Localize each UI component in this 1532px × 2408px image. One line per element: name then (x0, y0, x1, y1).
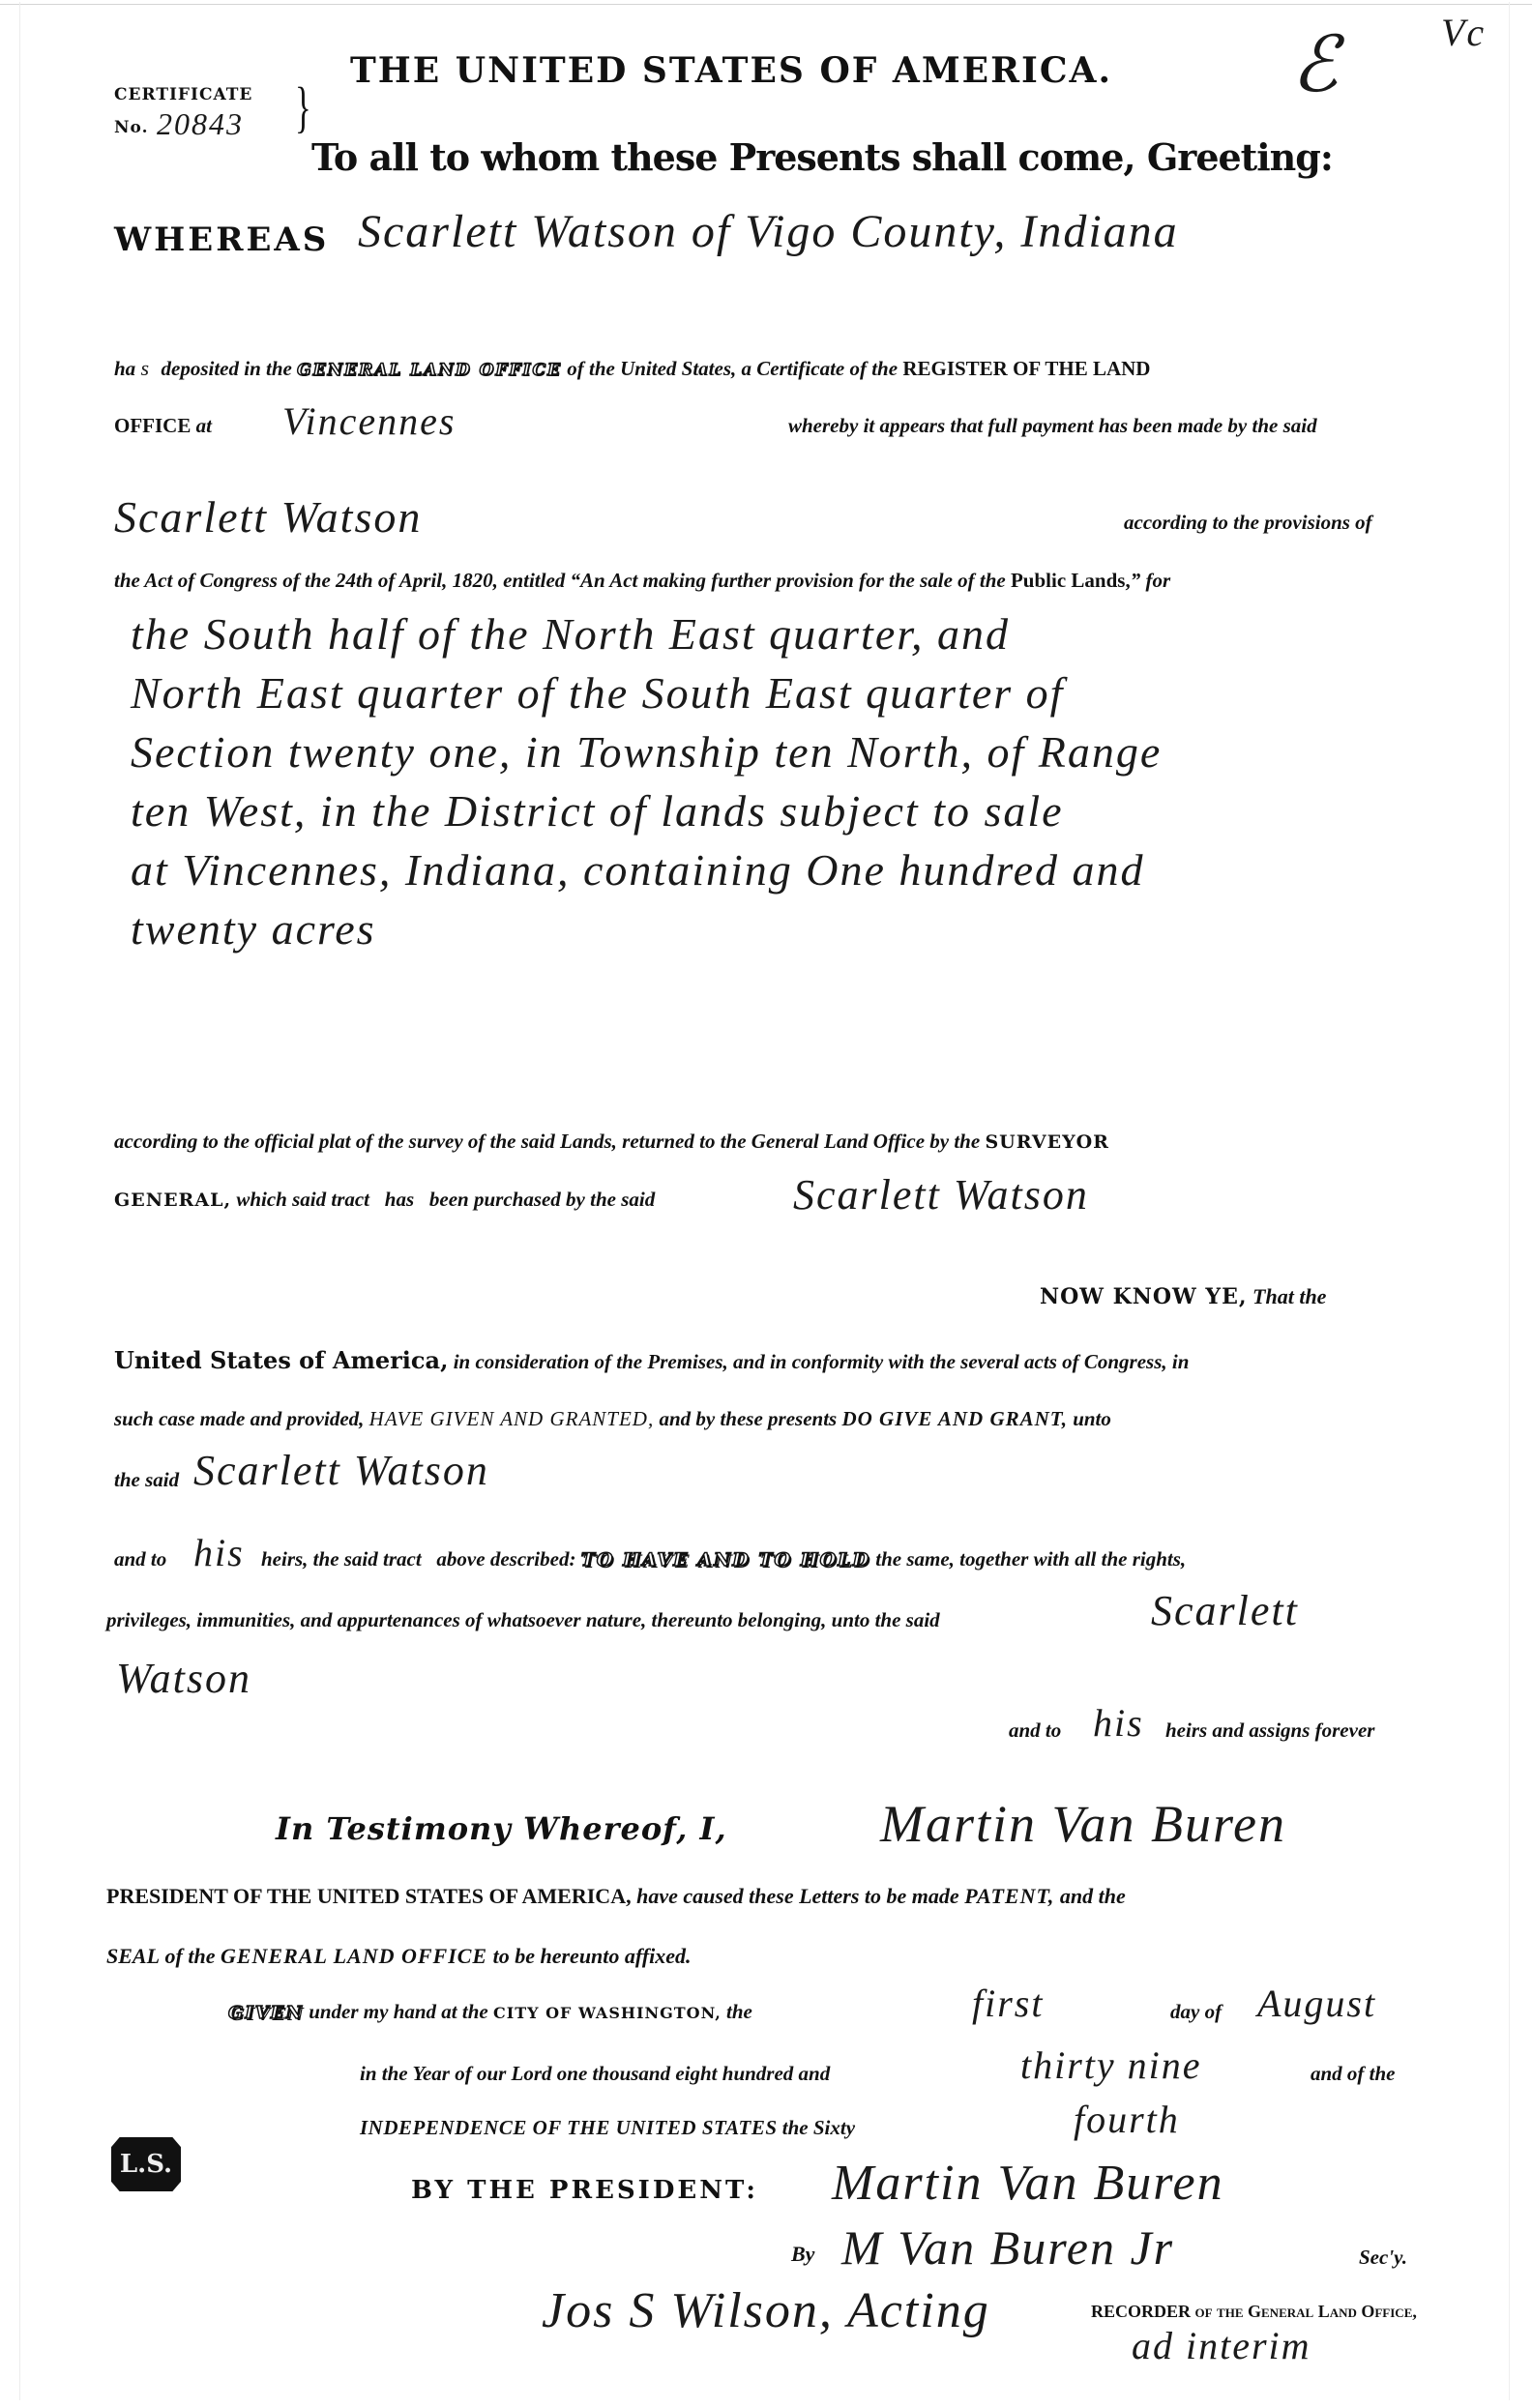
independence-line: INDEPENDENCE OF THE UNITED STATES the Si… (360, 2116, 855, 2140)
land-description-line: North East quarter of the South East qua… (131, 663, 1162, 722)
act-line: the Act of Congress of the 24th of April… (114, 569, 1170, 593)
year-text: in the Year of our Lord one thousand eig… (360, 2062, 830, 2086)
text: of the United States, a Certificate of t… (567, 357, 898, 380)
land-description-line: at Vincennes, Indiana, containing One hu… (131, 840, 1162, 899)
deposit-line-2: OFFICE at (114, 414, 212, 438)
ad-interim-handwritten: ad interim (1132, 2323, 1311, 2368)
ls-seal: L.S. (111, 2137, 181, 2191)
given-line-1: GIVEN under my hand at the CITY OF WASHI… (228, 2000, 752, 2024)
to-have-and-to-hold-label: TO HAVE AND TO HOLD (581, 1549, 870, 1571)
greeting: To all to whom these Presents shall come… (311, 135, 1333, 179)
president-signature: Martin Van Buren (880, 1794, 1286, 1854)
city-label: CITY OF WASHINGTON, (493, 2004, 722, 2022)
text: the Sixty (782, 2116, 855, 2139)
land-description-line: the South half of the North East quarter… (131, 604, 1162, 663)
scan-edge-line (19, 2, 20, 2400)
and-to-label: and to (114, 1547, 166, 1571)
land-description-line: twenty acres (131, 899, 1162, 958)
testimony-line-1: PRESIDENT OF THE UNITED STATES OF AMERIC… (106, 1884, 1126, 1909)
public-lands-label: Public Lands, (1011, 569, 1131, 592)
text: been purchased by the said (429, 1188, 655, 1211)
corner-mark: ℰ (1291, 19, 1340, 110)
pronoun-handwritten: his (1093, 1700, 1144, 1746)
usa-label: United States of America, (114, 1346, 448, 1374)
independence-year-value: fourth (1074, 2097, 1180, 2142)
text: the (726, 2000, 752, 2023)
text: in consideration of the Premises, and in… (454, 1350, 1190, 1373)
now-know-ye-label: NOW KNOW YE, (1040, 1284, 1248, 1309)
text: at (196, 414, 212, 437)
text-ha: ha (114, 357, 135, 380)
year-value: thirty nine (1020, 2042, 1202, 2088)
certificate-number: 20843 (157, 106, 244, 142)
and-to-label: and to (1009, 1718, 1061, 1743)
office-label: OFFICE (114, 414, 191, 437)
habendum-line: heirs, the said tract above described: T… (261, 1547, 1186, 1571)
the-said-label: the said (114, 1468, 179, 1492)
and-of-the-text: and of the (1311, 2062, 1396, 2086)
month-value: August (1257, 1981, 1376, 2026)
recorder-title: RECORDER of the General Land Office, (1091, 2302, 1417, 2322)
text: the same, together with all the rights, (875, 1547, 1186, 1571)
recorder-signature: Jos S Wilson, Acting (542, 2282, 990, 2339)
president-title: PRESIDENT OF THE UNITED STATES OF AMERIC… (106, 1884, 632, 1908)
handwritten-s: s (140, 356, 151, 380)
now-know-ye-line: NOW KNOW YE, That the (1040, 1284, 1326, 1309)
land-office-place: Vincennes (282, 398, 456, 444)
text: and by these presents (659, 1407, 837, 1430)
general-land-office-label: GENERAL LAND OFFICE (221, 1944, 487, 1968)
text: have caused these Letters to be made (636, 1884, 959, 1908)
survey-line-2: GENERAL, which said tract has been purch… (114, 1188, 655, 1212)
grant-line-1: United States of America, in considerati… (114, 1346, 1189, 1374)
testimony-line-2: SEAL of the GENERAL LAND OFFICE to be he… (106, 1944, 692, 1969)
day-of-label: day of (1170, 2000, 1222, 2024)
purchaser-name: Scarlett Watson (793, 1170, 1089, 1219)
land-description-line: Section twenty one, in Township ten Nort… (131, 722, 1162, 781)
brace-icon: } (295, 79, 311, 135)
certificate-number-label: No. (114, 118, 149, 137)
text: heirs, the said tract above described: (261, 1547, 575, 1571)
survey-line-1: according to the official plat of the su… (114, 1130, 1109, 1154)
grantee-name-part2: Watson (116, 1654, 251, 1703)
do-give-label: DO GIVE AND GRANT, (841, 1407, 1068, 1430)
grantee-name: Scarlett Watson (193, 1446, 489, 1495)
scan-edge-line (0, 4, 1532, 5)
text: has (385, 1188, 414, 1211)
heirs-assigns-text: heirs and assigns forever (1165, 1718, 1374, 1743)
privileges-text: privileges, immunities, and appurtenance… (106, 1608, 940, 1632)
grantee-handwritten: Scarlett Watson of Vigo County, Indiana (358, 205, 1179, 258)
grantee-name-part1: Scarlett (1151, 1586, 1299, 1635)
text: ” for (1131, 569, 1170, 592)
register-label: REGISTER OF THE LAND (902, 357, 1150, 380)
text: according to the official plat of the su… (114, 1130, 980, 1153)
seal-text: L.S. (120, 2150, 172, 2179)
independence-label: INDEPENDENCE OF THE UNITED STATES (360, 2116, 778, 2139)
corner-mark: Vc (1441, 10, 1486, 55)
text: which said tract (236, 1188, 369, 1211)
have-given-label: HAVE GIVEN AND GRANTED, (369, 1407, 655, 1430)
given-label: GIVEN (228, 2003, 304, 2023)
by-label: By (791, 2242, 814, 2267)
text: to be hereunto affixed. (493, 1944, 692, 1968)
document-title: THE UNITED STATES OF AMERICA. (350, 50, 1112, 91)
text: unto (1073, 1407, 1111, 1430)
recorder-title-text: RECORDER of the General Land Office, (1091, 2302, 1417, 2321)
secretary-signature: M Van Buren Jr (841, 2219, 1174, 2276)
text: of the (165, 1944, 216, 1968)
secretary-label: Sec'y. (1359, 2246, 1407, 2270)
president-signature: Martin Van Buren (832, 2155, 1224, 2212)
certificate-label: CERTIFICATE (114, 85, 252, 104)
grant-line-2: such case made and provided, HAVE GIVEN … (114, 1407, 1111, 1431)
text: under my hand at the (309, 2000, 488, 2023)
payment-text: whereby it appears that full payment has… (788, 414, 1317, 438)
text: and the (1060, 1884, 1126, 1908)
text: deposited in the (162, 357, 292, 380)
text: the Act of Congress of the 24th of April… (114, 569, 580, 592)
by-the-president-label: BY THE PRESIDENT: (411, 2176, 758, 2205)
deposit-line-1: ha s deposited in the GENERAL LAND OFFIC… (114, 356, 1150, 381)
seal-label: SEAL (106, 1944, 160, 1968)
land-description-line: ten West, in the District of lands subje… (131, 781, 1162, 840)
surveyor-label: SURVEYOR (985, 1131, 1109, 1153)
provisions-text: according to the provisions of (1124, 511, 1372, 535)
day-value: first (972, 1981, 1044, 2026)
act-title: An Act making further provision for the … (580, 569, 1006, 592)
patent-label: PATENT, (964, 1884, 1054, 1908)
general-label: GENERAL, (114, 1189, 231, 1211)
testimony-label: In Testimony Whereof, I, (276, 1810, 727, 1847)
general-land-office-label: GENERAL LAND OFFICE (297, 361, 562, 380)
text: That the (1252, 1284, 1326, 1308)
payee-name: Scarlett Watson (114, 491, 422, 543)
scan-edge-line (1509, 2, 1510, 2400)
land-description: the South half of the North East quarter… (131, 604, 1162, 958)
whereas-label: WHEREAS (114, 220, 329, 259)
text: such case made and provided, (114, 1407, 364, 1430)
pronoun-handwritten: his (193, 1530, 245, 1575)
